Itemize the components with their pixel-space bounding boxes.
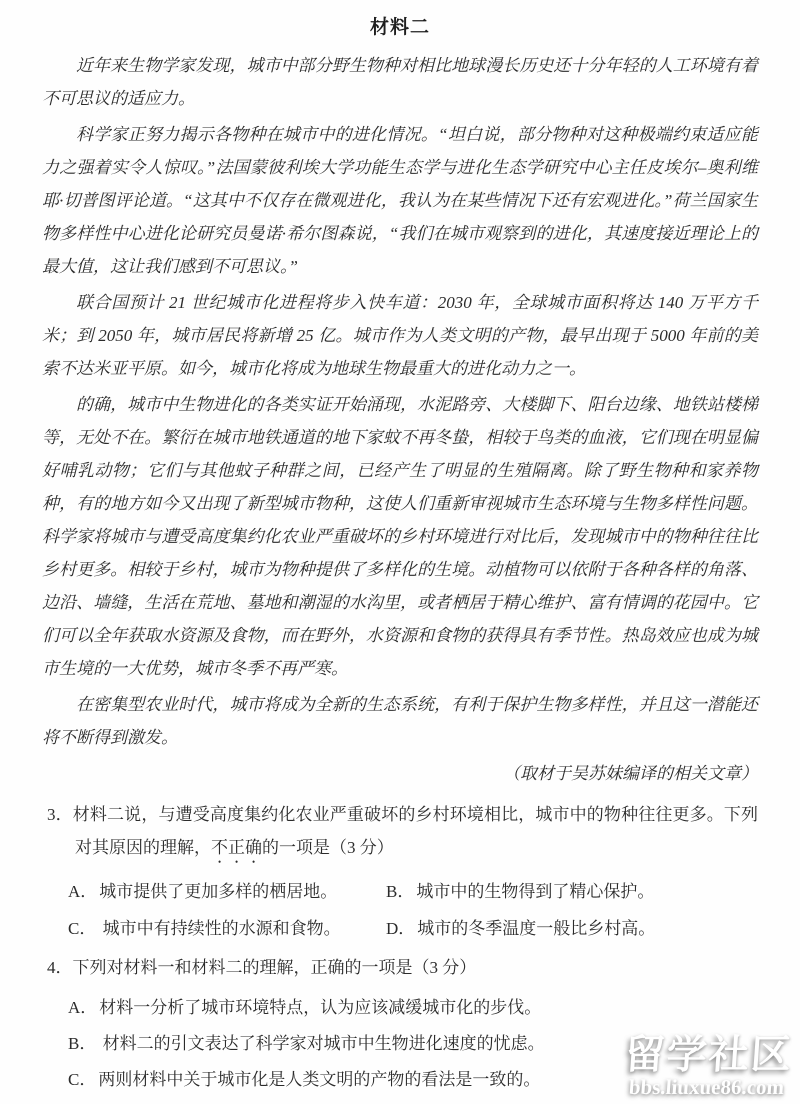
option-b-label: B． (68, 1034, 96, 1053)
question-3-emphasis: 不正确 (211, 838, 262, 857)
exam-page: 材料二 近年来生物学家发现，城市中部分野生物种对相比地球漫长历史还十分年轻的人工… (0, 0, 800, 1104)
passage-paragraph-3: 联合国预计 21 世纪城市化进程将步入快车道：2030 年，全球城市面积将达 1… (42, 286, 758, 385)
question-3-text-before: 材料二说，与遭受高度集约化农业严重破坏的乡村环境相比，城市中的物种往往更多。下列… (73, 805, 758, 857)
option-b-text: 城市中的生物得到了精心保护。 (416, 882, 654, 901)
watermark-logo-text: 留学社区 (623, 1035, 794, 1075)
question-3-number: 3． (47, 805, 73, 824)
option-a-text: 材料一分析了城市环境特点，认为应该减缓城市化的步伐。 (99, 998, 541, 1017)
question-3-text-after: 的一项是（3 分） (262, 838, 394, 857)
question-3-options: A．城市提供了更加多样的栖居地。 B．城市中的生物得到了精心保护。 C． 城市中… (68, 880, 758, 941)
option-a-text: 城市提供了更加多样的栖居地。 (99, 882, 337, 901)
question-3-option-a: A．城市提供了更加多样的栖居地。 (68, 880, 386, 904)
passage-paragraph-1: 近年来生物学家发现，城市中部分野生物种对相比地球漫长历史还十分年轻的人工环境有着… (42, 49, 758, 115)
watermark-url-text: bbs.liuxue86.com (622, 1077, 791, 1098)
passage-paragraph-4: 的确，城市中生物进化的各类实证开始涌现，水泥路旁、大楼脚下、阳台边缘、地铁站楼梯… (42, 388, 758, 685)
question-3-option-d: D．城市的冬季温度一般比乡村高。 (386, 917, 758, 941)
question-3-option-c: C． 城市中有持续性的水源和食物。 (68, 917, 386, 941)
question-4-number: 4． (47, 958, 73, 977)
question-4-option-a: A．材料一分析了城市环境特点，认为应该减缓城市化的步伐。 (68, 996, 758, 1020)
option-c-label: C． (68, 1070, 96, 1089)
option-d-text: 城市的冬季温度一般比乡村高。 (417, 919, 655, 938)
option-b-text: 材料二的引文表达了科学家对城市中生物进化速度的忧虑。 (98, 1034, 544, 1053)
option-c-text: 两则材料中关于城市化是人类文明的产物的看法是一致的。 (98, 1070, 540, 1089)
option-c-text: 城市中有持续性的水源和食物。 (98, 919, 340, 938)
question-3-option-b: B．城市中的生物得到了精心保护。 (386, 880, 758, 904)
option-d-label: D． (386, 919, 415, 938)
option-a-label: A． (68, 998, 97, 1017)
question-4-stem: 4．下列对材料一和材料二的理解，正确的一项是（3 分） (42, 951, 758, 984)
question-4-text: 下列对材料一和材料二的理解，正确的一项是（3 分） (73, 958, 477, 977)
passage-paragraph-2: 科学家正努力揭示各物种在城市中的进化情况。“坦白说，部分物种对这种极端约束适应能… (42, 118, 758, 283)
option-a-label: A． (68, 882, 97, 901)
site-watermark: 留学社区 bbs.liuxue86.com (622, 1035, 794, 1098)
option-c-label: C． (68, 919, 96, 938)
option-b-label: B． (386, 882, 414, 901)
passage-title: 材料二 (42, 12, 758, 39)
question-3-stem: 3．材料二说，与遭受高度集约化农业严重破坏的乡村环境相比，城市中的物种往往更多。… (42, 798, 758, 867)
question-3: 3．材料二说，与遭受高度集约化农业严重破坏的乡村环境相比，城市中的物种往往更多。… (42, 798, 758, 941)
passage-paragraph-5: 在密集型农业时代，城市将成为全新的生态系统，有利于保护生物多样性，并且这一潜能还… (42, 688, 758, 754)
passage-attribution: （取材于吴苏妹编译的相关文章） (42, 757, 758, 790)
